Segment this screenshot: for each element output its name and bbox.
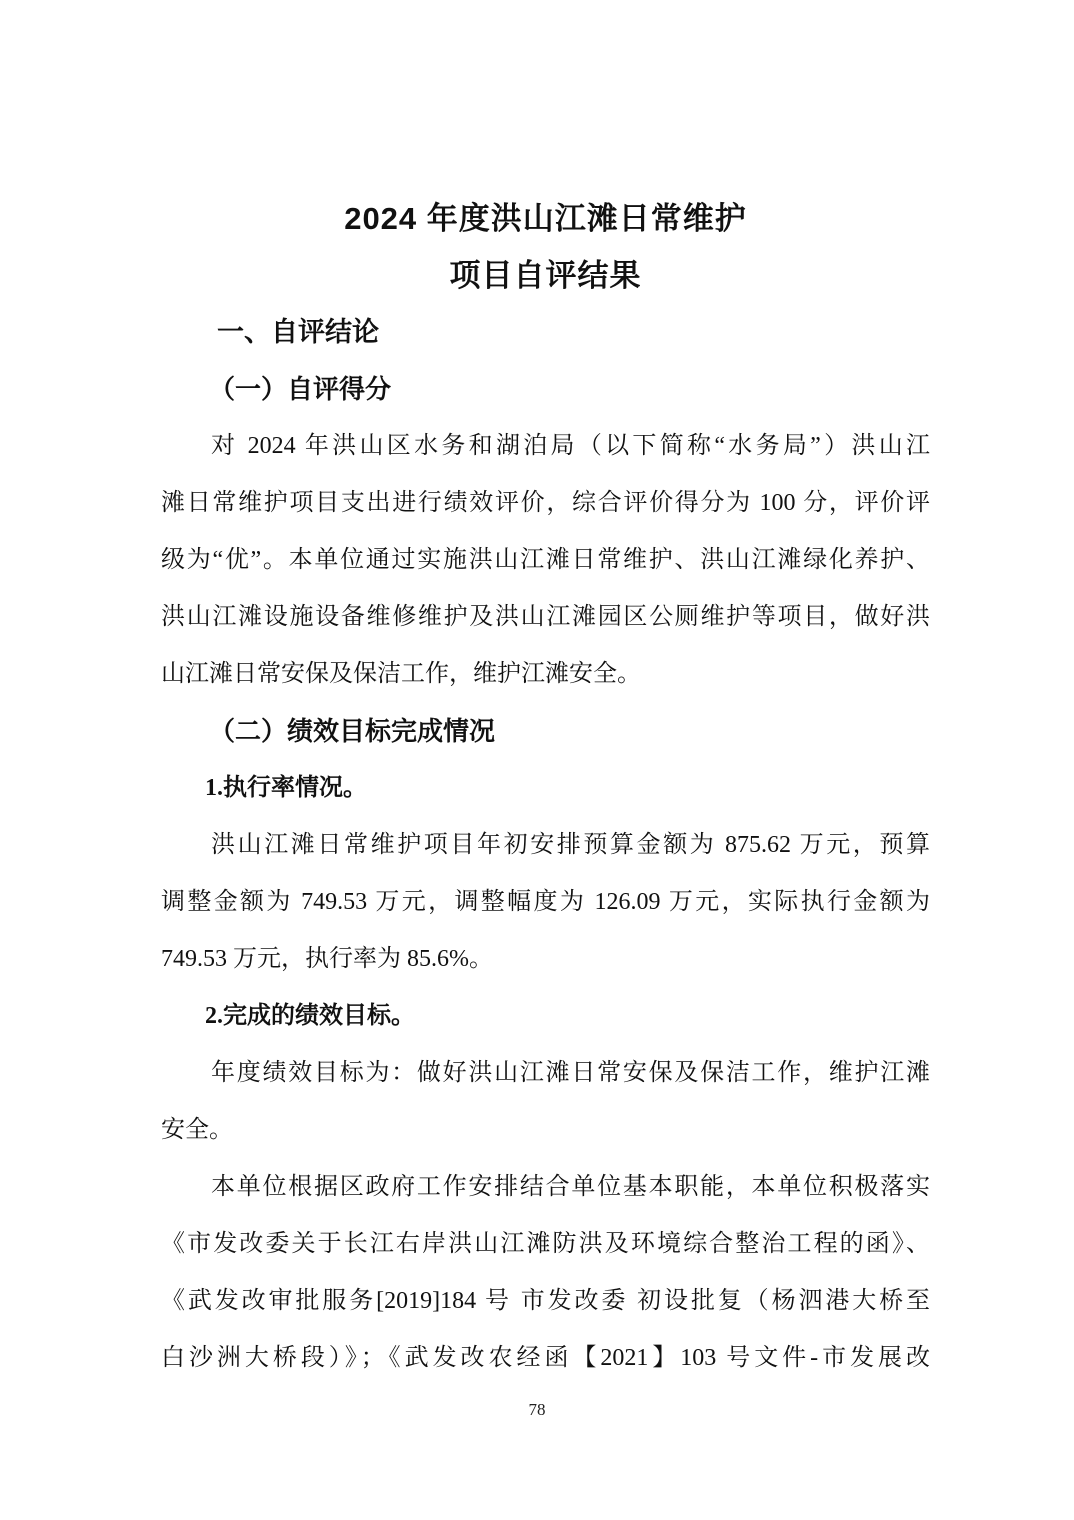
subsection-heading-performance-target-completion: （二）绩效目标完成情况 bbox=[161, 703, 930, 760]
document-page: 2024 年度洪山江滩日常维护 项目自评结果 一、自评结论 （一）自评得分 对 … bbox=[0, 0, 1074, 1520]
document-title-line-1: 2024 年度洪山江滩日常维护 bbox=[161, 190, 930, 247]
paragraph4-line1: 本单位根据区政府工作安排结合单位基本职能，本单位积极落实 bbox=[161, 1159, 930, 1216]
paragraph2-line3: 749.53 万元，执行率为 85.6%。 bbox=[161, 931, 930, 988]
paragraph2-line1: 洪山江滩日常维护项目年初安排预算金额为 875.62 万元，预算 bbox=[161, 817, 930, 874]
page-number: 78 bbox=[0, 1398, 1074, 1422]
section-heading-self-evaluation-conclusion: 一、自评结论 bbox=[161, 304, 930, 361]
paragraph1-line1: 对 2024 年洪山区水务和湖泊局（以下简称“水务局”）洪山江 bbox=[161, 418, 930, 475]
document-title-line-2: 项目自评结果 bbox=[161, 247, 930, 304]
paragraph3-line1: 年度绩效目标为：做好洪山江滩日常安保及保洁工作，维护江滩 bbox=[161, 1045, 930, 1102]
paragraph4-line2: 《市发改委关于长江右岸洪山江滩防洪及环境综合整治工程的函》、 bbox=[161, 1216, 930, 1273]
paragraph1-line4: 洪山江滩设施设备维修维护及洪山江滩园区公厕维护等项目，做好洪 bbox=[161, 589, 930, 646]
point-heading-execution-rate: 1.执行率情况。 bbox=[161, 760, 930, 817]
paragraph4-line4: 白沙洲大桥段）》；《武发改农经函【2021】103 号文件-市发展改 bbox=[161, 1330, 930, 1387]
document-content: 2024 年度洪山江滩日常维护 项目自评结果 一、自评结论 （一）自评得分 对 … bbox=[161, 190, 930, 1387]
paragraph3-line2: 安全。 bbox=[161, 1102, 930, 1159]
subsection-heading-self-evaluation-score: （一）自评得分 bbox=[161, 361, 930, 418]
point-heading-completed-targets: 2.完成的绩效目标。 bbox=[161, 988, 930, 1045]
paragraph1-line5: 山江滩日常安保及保洁工作，维护江滩安全。 bbox=[161, 646, 930, 703]
paragraph1-line2: 滩日常维护项目支出进行绩效评价，综合评价得分为 100 分，评价评 bbox=[161, 475, 930, 532]
paragraph4-line3: 《武发改审批服务[2019]184 号 市发改委 初设批复（杨泗港大桥至 bbox=[161, 1273, 930, 1330]
paragraph2-line2: 调整金额为 749.53 万元，调整幅度为 126.09 万元，实际执行金额为 bbox=[161, 874, 930, 931]
paragraph1-line3: 级为“优”。本单位通过实施洪山江滩日常维护、洪山江滩绿化养护、 bbox=[161, 532, 930, 589]
